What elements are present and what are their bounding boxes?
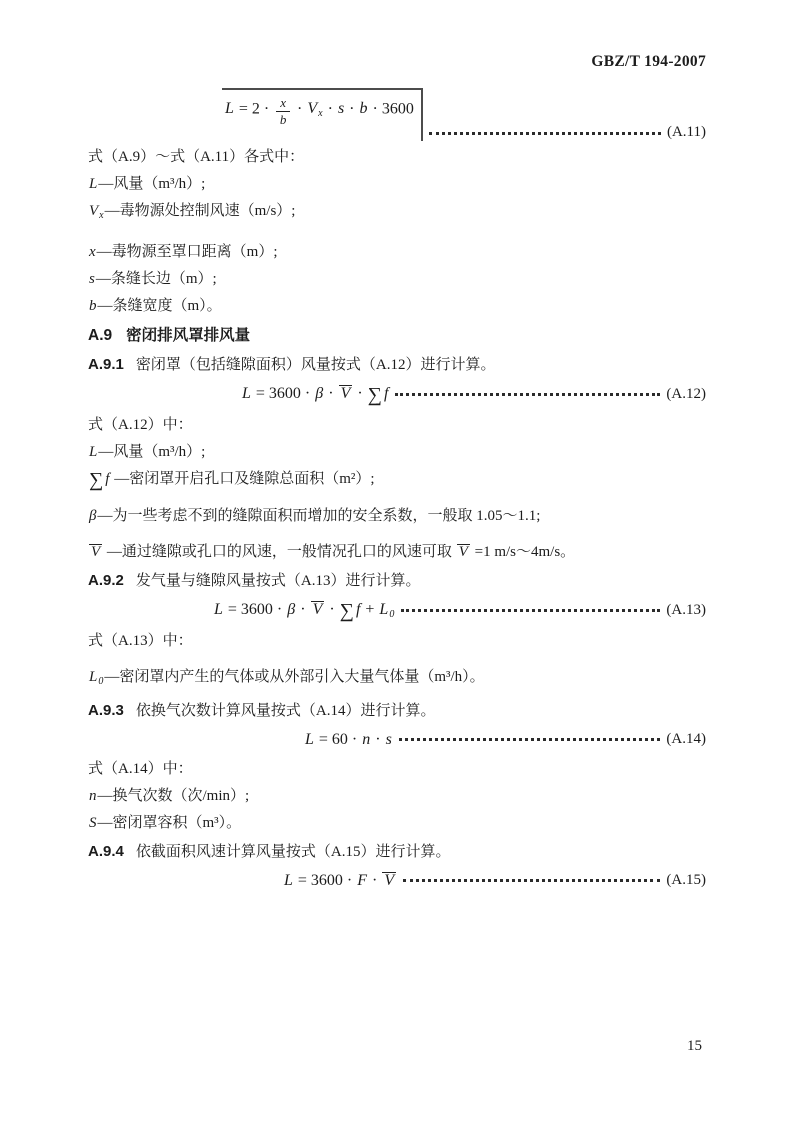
dotted-leader [395, 393, 660, 396]
dotted-leader [429, 132, 661, 135]
document-body: L = 2 · xb · Vx · s · b · 3600(A.11)式（A.… [88, 88, 706, 890]
variable: F [356, 872, 368, 889]
summation-icon: ∑ [339, 600, 355, 622]
text-run: —条缝宽度（m）。 [98, 298, 222, 314]
definition-line: ∑f —密闭罩开启孔口及缝隙总面积（m²）; [88, 469, 706, 490]
formula-expression: L = 2 · xb · Vx · s · b · 3600 [222, 88, 423, 141]
text-run: · [368, 872, 381, 889]
text-run: · [324, 385, 337, 402]
variable: s [88, 271, 96, 287]
formula-expression: L = 60 · n · s [304, 731, 393, 749]
section-heading: A.9.1密闭罩（包括缝隙面积）风量按式（A.12）进行计算。 [88, 355, 706, 375]
variable: s [385, 731, 393, 748]
document-page: GBZ/T 194-2007 L = 2 · xb · Vx · s · b ·… [0, 0, 794, 1122]
text-run: —风量（m³/h）; [98, 176, 205, 192]
variable: V [88, 203, 99, 219]
text-run: · [345, 100, 358, 117]
formula-row-a13: L = 3600 · β · V · ∑f + L0(A.13) [88, 601, 706, 621]
formula-label: (A.12) [666, 386, 706, 403]
variable: n [361, 731, 371, 748]
text-run: · [293, 100, 306, 117]
section-heading: A.9.4依截面积风速计算风量按式（A.15）进行计算。 [88, 842, 706, 862]
variable: x [88, 244, 97, 260]
text-run: 式（A.12）中： [88, 417, 193, 433]
text-run: —毒物源处控制风速（m/s）; [105, 203, 296, 219]
definition-line: S—密闭罩容积（m³）。 [88, 813, 706, 833]
text-run: = 3600 · [252, 385, 314, 402]
variable: s [337, 100, 345, 117]
text-run: 式（A.9）～式（A.11）各式中： [88, 149, 304, 165]
definition-line: L—风量（m³/h）; [88, 442, 706, 462]
v-bar-variable: V [311, 601, 325, 619]
formula-row-a14: L = 60 · n · s(A.14) [88, 731, 706, 749]
text-run: · [296, 601, 309, 618]
text-run: —换气次数（次/min）; [98, 788, 250, 804]
text-run: =1 m/s～4m/s。 [471, 544, 575, 560]
definition-line: V —通过缝隙或孔口的风速，一般情况孔口的风速可取 V =1 m/s～4m/s。 [88, 542, 706, 562]
summation-icon: ∑ [88, 469, 104, 491]
variable: L [88, 669, 98, 685]
text-run: = 3600 · [224, 601, 286, 618]
text-run: + [361, 601, 378, 618]
dotted-leader [403, 879, 660, 882]
v-bar-variable: V [339, 385, 353, 403]
v-bar-variable: V [382, 872, 396, 890]
formula-expression: L = 3600 · β · V · ∑f [241, 385, 389, 405]
definition-line: n—换气次数（次/min）; [88, 786, 706, 806]
variable: V [306, 100, 318, 117]
text-run: —密闭罩内产生的气体或从外部引入大量气体量（m³/h）。 [104, 669, 484, 685]
formula-row-a15: L = 3600 · F · V(A.15) [88, 872, 706, 890]
standard-number: GBZ/T 194-2007 [88, 52, 706, 72]
definition-line: L0—密闭罩内产生的气体或从外部引入大量气体量（m³/h）。 [88, 667, 706, 692]
text-run: = 60 · [315, 731, 361, 748]
variable: L [213, 601, 224, 618]
heading-title: 密闭罩（包括缝隙面积）风量按式（A.12）进行计算。 [136, 357, 496, 373]
text-run: —为一些考虑不到的缝隙面积而增加的安全系数，一般取 1.05～1.1; [97, 508, 540, 524]
variable: β [314, 385, 324, 402]
heading-title: 发气量与缝隙风量按式（A.13）进行计算。 [136, 573, 421, 589]
section-heading: A.9密闭排风罩排风量 [88, 326, 706, 346]
fraction: xb [276, 96, 290, 128]
section-heading: A.9.3依换气次数计算风量按式（A.14）进行计算。 [88, 701, 706, 721]
section-heading: A.9.2发气量与缝隙风量按式（A.13）进行计算。 [88, 571, 706, 591]
formula-label: (A.15) [666, 872, 706, 889]
fraction-denominator: b [276, 112, 290, 127]
definition-line: β—为一些考虑不到的缝隙面积而增加的安全系数，一般取 1.05～1.1; [88, 506, 706, 526]
heading-number: A.9 [88, 327, 112, 344]
definition-line: L—风量（m³/h）; [88, 174, 706, 194]
text-run: · [325, 601, 338, 618]
text-run: = 3600 · [294, 872, 356, 889]
variable: β [286, 601, 296, 618]
definition-line: b—条缝宽度（m）。 [88, 296, 706, 316]
page-number: 15 [687, 1038, 702, 1055]
text-run: —通过缝隙或孔口的风速，一般情况孔口的风速可取 [103, 544, 456, 560]
definition-line: Vx—毒物源处控制风速（m/s）; [88, 201, 706, 226]
formula-label: (A.11) [667, 124, 706, 141]
paragraph: 式（A.13）中： [88, 631, 706, 651]
subscript: 0 [389, 609, 395, 620]
variable: f [383, 385, 389, 402]
heading-title: 依截面积风速计算风量按式（A.15）进行计算。 [136, 844, 451, 860]
text-run: = 2 · [235, 100, 273, 117]
formula-row-a12: L = 3600 · β · V · ∑f(A.12) [88, 385, 706, 405]
variable: L [304, 731, 315, 748]
formula-label: (A.13) [666, 602, 706, 619]
variable: n [88, 788, 98, 804]
variable: b [88, 298, 98, 314]
variable: L [378, 601, 389, 618]
variable: L [283, 872, 294, 889]
fraction-numerator: x [276, 96, 290, 112]
formula-expression: L = 3600 · β · V · ∑f + L0 [213, 601, 395, 621]
heading-number: A.9.3 [88, 702, 124, 719]
text-run: —条缝长边（m）; [96, 271, 217, 287]
heading-title: 密闭排风罩排风量 [126, 327, 250, 344]
text-run: —毒物源至罩口距离（m）; [97, 244, 278, 260]
heading-number: A.9.4 [88, 843, 124, 860]
text-run: 式（A.14）中： [88, 761, 193, 777]
formula-label: (A.14) [666, 731, 706, 748]
heading-number: A.9.2 [88, 572, 124, 589]
definition-line: s—条缝长边（m）; [88, 269, 706, 289]
variable: L [88, 176, 98, 192]
v-bar-variable: V [89, 544, 102, 561]
paragraph: 式（A.12）中： [88, 415, 706, 435]
paragraph: 式（A.14）中： [88, 759, 706, 779]
text-run: —密闭罩开启孔口及缝隙总面积（m²）; [110, 471, 374, 487]
text-run: · [324, 100, 337, 117]
variable: L [241, 385, 252, 402]
v-bar-variable: V [457, 544, 470, 561]
text-run: —风量（m³/h）; [98, 444, 205, 460]
variable: b [359, 100, 369, 117]
variable: S [88, 815, 98, 831]
heading-title: 依换气次数计算风量按式（A.14）进行计算。 [136, 703, 436, 719]
formula-row-a11: L = 2 · xb · Vx · s · b · 3600(A.11) [88, 88, 706, 141]
text-run: —密闭罩容积（m³）。 [98, 815, 242, 831]
variable: L [88, 444, 98, 460]
text-run: 式（A.13）中： [88, 633, 193, 649]
text-run: · [371, 731, 384, 748]
paragraph: 式（A.9）～式（A.11）各式中： [88, 147, 706, 167]
formula-expression: L = 3600 · F · V [283, 872, 397, 890]
dotted-leader [399, 738, 661, 741]
heading-number: A.9.1 [88, 356, 124, 373]
text-run: · [353, 385, 366, 402]
dotted-leader [401, 609, 660, 612]
text-run: · 3600 [369, 100, 414, 117]
definition-line: x—毒物源至罩口距离（m）; [88, 242, 706, 262]
summation-icon: ∑ [367, 384, 383, 406]
variable: L [224, 100, 235, 117]
